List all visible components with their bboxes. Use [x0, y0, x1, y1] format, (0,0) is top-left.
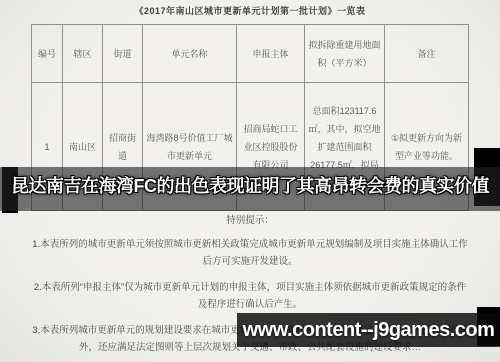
header-cell-district: 辖区 — [63, 25, 103, 83]
note-item-2: 2.本表所列“申报主体”仅为城市更新单元计划的申报主体，项目实施主体须依据城市更… — [30, 279, 470, 314]
header-cell-area: 拟拆除重建用地面积（平方米） — [305, 25, 385, 83]
header-cell-applicant: 申报主体 — [237, 25, 305, 83]
table-header-row: 编号 辖区 街道 单元名称 申报主体 拟拆除重建用地面积（平方米） 备注 — [32, 25, 469, 83]
header-cell-unit-name: 单元名称 — [143, 25, 237, 83]
headline-text: 昆达南吉在海湾FC的出色表现证明了其高昂转会费的真实价值 — [0, 172, 500, 198]
watermark-text: www.content--j9games.com — [243, 319, 495, 342]
notes-heading: 特别提示： — [30, 212, 470, 230]
header-cell-no: 编号 — [32, 25, 63, 83]
watermark-band: www.content--j9games.com — [237, 313, 500, 347]
scanned-document-page: 《2017年南山区城市更新单元计划第一批计划》一览表 编号 辖区 街道 单元名称… — [0, 0, 500, 362]
document-title: 《2017年南山区城市更新单元计划第一批计划》一览表 — [0, 4, 500, 17]
note-item-1: 1.本表所列的城市更新单元须按照城市更新相关政策完成城市更新单元规划编制及项目实… — [30, 236, 470, 271]
header-cell-street: 街道 — [103, 25, 143, 83]
header-cell-remark: 备注 — [385, 25, 469, 83]
